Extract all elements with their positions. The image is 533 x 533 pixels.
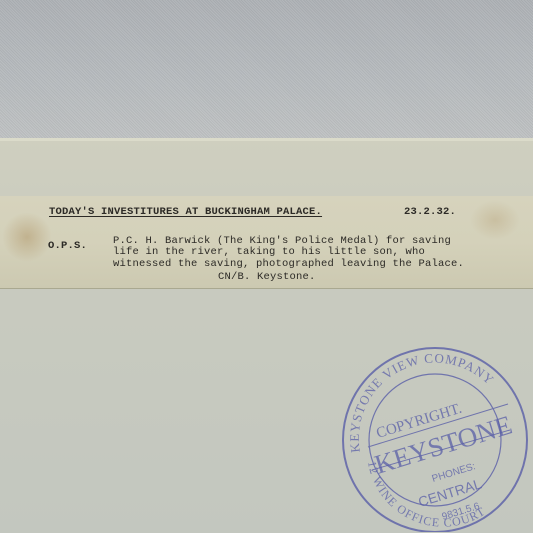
caption-body-line-2: life in the river, taking to his little … (113, 246, 425, 258)
caption-code: O.P.S. (48, 240, 87, 252)
caption-credit: CN/B. Keystone. (218, 271, 316, 283)
keystone-copyright-stamp: KEYSTONE VIEW COMPANY 12 WINE OFFICE COU… (338, 342, 528, 532)
caption-headline: TODAY'S INVESTITURES AT BUCKINGHAM PALAC… (49, 206, 322, 218)
glue-stain (2, 212, 52, 262)
card-top-edge (0, 138, 533, 141)
caption-date: 23.2.32. (404, 206, 456, 218)
caption-body-line-3: witnessed the saving, photographed leavi… (113, 258, 464, 270)
fabric-backdrop (0, 0, 533, 140)
glue-stain (470, 200, 520, 240)
